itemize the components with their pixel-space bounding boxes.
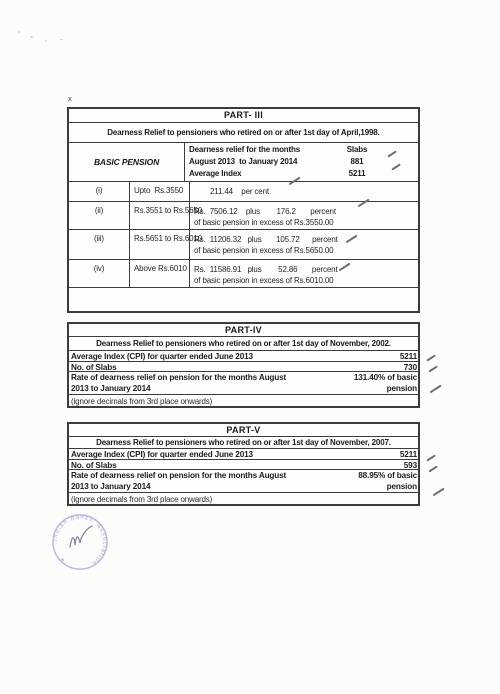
slabs-value: 881 (338, 156, 376, 168)
rate-label: Rate of dearness relief on pension for t… (71, 471, 286, 492)
rate-label-line1: Rate of dearness relief on pension for t… (71, 373, 286, 384)
relief-months-line2: August 2013 to January 2014 (189, 156, 418, 168)
slabs-label: No. of Slabs (71, 461, 117, 469)
row-relief: Rs. 11206.32 plus 105.72 percent of basi… (190, 230, 418, 259)
tick-icon (426, 454, 435, 461)
part3-header-row: BASIC PENSION Dearness relief for the mo… (69, 143, 418, 182)
avg-index-value: 5211 (400, 352, 417, 361)
relief-line1: Rs. 11586.91 plus 52.86 percent (190, 264, 418, 275)
rate-value-line1: 131.40% of basic (354, 373, 417, 384)
slabs-value: 730 (404, 363, 417, 371)
row-relief: Rs. 7506.12 plus 176.2 percent of basic … (190, 202, 418, 229)
slabs-row: No. of Slabs 593 (69, 460, 418, 470)
tick-icon (426, 354, 435, 361)
rate-label-line1: Rate of dearness relief on pension for t… (71, 471, 286, 482)
signature-scribble-icon (70, 526, 92, 547)
rate-row: Rate of dearness relief on pension for t… (69, 470, 418, 493)
row-relief: Rs. 11586.91 plus 52.86 percent of basic… (190, 260, 418, 287)
tick-icon (428, 365, 437, 372)
slabs-row: No. of Slabs 730 (69, 362, 418, 372)
rate-label-line2: 2013 to January 2014 (71, 384, 286, 395)
rate-value: 131.40% of basic pension (354, 373, 417, 394)
avg-index-label: Average Index (CPI) for quarter ended Ju… (71, 450, 253, 459)
avg-index-value: 5211 (400, 450, 417, 459)
row-range: Above Rs.6010 (130, 260, 190, 287)
relief-months-line1: Dearness relief for the months (189, 144, 418, 156)
row-serial: (iii) (69, 230, 130, 259)
rate-value-line2: pension (358, 482, 417, 493)
tick-icon (433, 488, 445, 496)
relief-line1: Rs. 7506.12 plus 176.2 percent (190, 206, 418, 217)
tick-icon (428, 465, 437, 472)
avg-index-row: Average Index (CPI) for quarter ended Ju… (69, 449, 418, 460)
ignore-decimals-note: (ignore decimals from 3rd place onwards) (69, 395, 418, 406)
part4-subtitle: Dearness Relief to pensioners who retire… (69, 337, 418, 351)
relief-line2: of basic pension in excess of Rs.3550.00 (190, 217, 418, 228)
part4-title: PART-IV (69, 324, 418, 337)
part3-row-iv: (iv) Above Rs.6010 Rs. 11586.91 plus 52.… (69, 260, 418, 288)
rate-value-line2: pension (354, 384, 417, 395)
relief-months-header: Dearness relief for the months August 20… (185, 143, 418, 181)
avg-index-label: Average Index (CPI) for quarter ended Ju… (71, 352, 253, 361)
indian-banks-association-stamp: Indian Banks' Association ✶ (50, 512, 110, 572)
part3-row-iii: (iii) Rs.5651 to Rs.6010 Rs. 11206.32 pl… (69, 230, 418, 260)
slabs-label: Slabs (338, 144, 376, 156)
scan-speck (30, 36, 33, 38)
scan-speck (18, 31, 20, 33)
part5-table: PART-V Dearness Relief to pensioners who… (67, 422, 420, 506)
part3-table: PART- III Dearness Relief to pensioners … (67, 107, 420, 313)
slabs-value: 593 (404, 461, 417, 469)
part3-title: PART- III (69, 109, 418, 123)
average-index-value: 5211 (338, 168, 376, 180)
part4-table: PART-IV Dearness Relief to pensioners wh… (67, 322, 420, 408)
relief-line1: Rs. 11206.32 plus 105.72 percent (190, 234, 418, 245)
rate-row: Rate of dearness relief on pension for t… (69, 372, 418, 395)
part5-title: PART-V (69, 424, 418, 437)
row-serial: (iv) (69, 260, 130, 287)
relief-line2: of basic pension in excess of Rs.5650.00 (190, 245, 418, 256)
row-range: Upto Rs.3550 (130, 182, 190, 201)
row-relief: 211.44 per cent. (190, 182, 418, 201)
basic-pension-header: BASIC PENSION (69, 143, 185, 181)
tick-icon (430, 385, 442, 393)
rate-value: 88.95% of basic pension (358, 471, 417, 492)
relief-line2: of basic pension in excess of Rs.6010.00 (190, 275, 418, 286)
row-range: Rs.3551 to Rs.5650 (130, 202, 190, 229)
scan-speck (45, 40, 47, 42)
row-range: Rs.5651 to Rs.6010 (130, 230, 190, 259)
part5-subtitle: Dearness Relief to pensioners who retire… (69, 437, 418, 449)
slabs-header-stack: Slabs 881 5211 (338, 144, 376, 180)
scanned-document-page: x PART- III Dearness Relief to pensioner… (0, 0, 500, 694)
rate-label-line2: 2013 to January 2014 (71, 482, 286, 493)
ignore-decimals-note: (ignore decimals from 3rd place onwards) (69, 493, 418, 504)
rate-value-line1: 88.95% of basic (358, 471, 417, 482)
part3-row-ii: (ii) Rs.3551 to Rs.5650 Rs. 7506.12 plus… (69, 202, 418, 230)
handwritten-x-mark: x (68, 94, 72, 103)
rate-label: Rate of dearness relief on pension for t… (71, 373, 286, 394)
row-serial: (ii) (69, 202, 130, 229)
relief-months-line3: Average Index (189, 168, 418, 180)
row-serial: (i) (69, 182, 130, 201)
scan-speck (60, 39, 63, 40)
slabs-label: No. of Slabs (71, 363, 117, 371)
relief-line1: 211.44 per cent. (190, 186, 418, 197)
part3-subtitle: Dearness Relief to pensioners who retire… (69, 123, 418, 143)
stamp-star-icon: ✶ (59, 556, 67, 565)
part3-empty-row (69, 288, 418, 311)
avg-index-row: Average Index (CPI) for quarter ended Ju… (69, 351, 418, 362)
